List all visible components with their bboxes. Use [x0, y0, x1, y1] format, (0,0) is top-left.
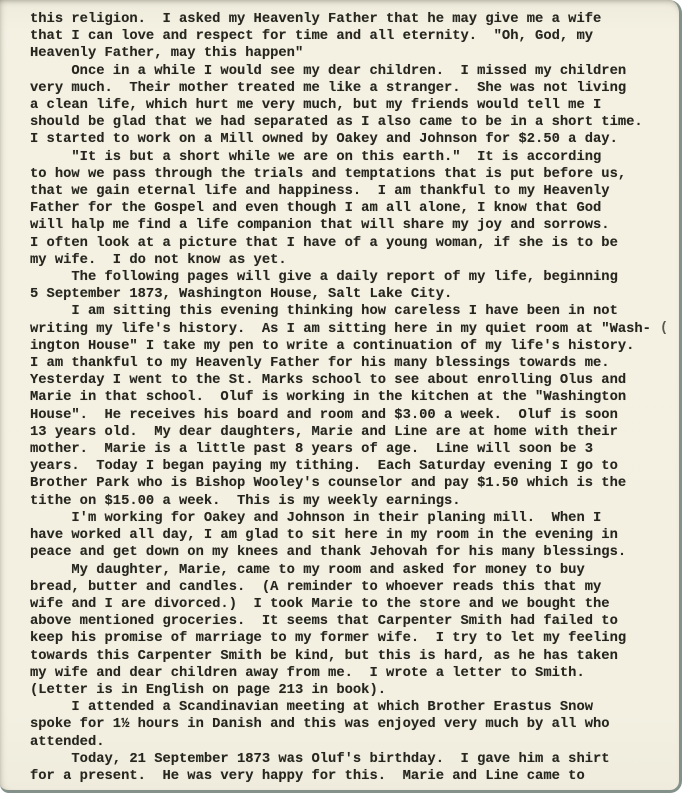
text-line: ington House" I take my pen to write a c…: [30, 338, 651, 355]
text-line: 5 September 1873, Washington House, Salt…: [30, 286, 651, 303]
text-line: towards this Carpenter Smith be kind, bu…: [30, 648, 651, 665]
text-line: keep his promise of marriage to my forme…: [30, 630, 651, 647]
text-line: attended.: [30, 734, 651, 751]
text-line: Today, 21 September 1873 was Oluf's birt…: [30, 751, 651, 768]
text-line: Heavenly Father, may this happen": [30, 45, 651, 62]
text-line: My daughter, Marie, came to my room and …: [30, 562, 651, 579]
text-line: this religion. I asked my Heavenly Fathe…: [30, 11, 651, 28]
text-line: Brother Park who is Bishop Wooley's coun…: [30, 475, 651, 492]
text-line: I often look at a picture that I have of…: [30, 235, 651, 252]
text-line: Father for the Gospel and even though I …: [30, 200, 651, 217]
text-line: peace and get down on my knees and thank…: [30, 544, 651, 561]
text-line: have worked all day, I am glad to sit he…: [30, 527, 651, 544]
text-line: my wife and dear children away from me. …: [30, 665, 651, 682]
text-line: to how we pass through the trials and te…: [30, 166, 651, 183]
text-line: I started to work on a Mill owned by Oak…: [30, 131, 651, 148]
text-line: my wife. I do not know as yet.: [30, 252, 651, 269]
text-line: will halp me find a life companion that …: [30, 217, 651, 234]
text-line: Once in a while I would see my dear chil…: [30, 63, 651, 80]
text-line: above mentioned groceries. It seems that…: [30, 613, 651, 630]
text-line: writing my life's history. As I am sitti…: [30, 321, 651, 338]
scan-viewport: this religion. I asked my Heavenly Fathe…: [0, 0, 684, 800]
text-line: years. Today I began paying my tithing. …: [30, 458, 651, 475]
text-line: for a present. He was very happy for thi…: [30, 768, 651, 785]
text-line: I am thankful to my Heavenly Father for …: [30, 355, 651, 372]
text-line: a clean life, which hurt me very much, b…: [30, 97, 651, 114]
typewritten-text-block: this religion. I asked my Heavenly Fathe…: [30, 11, 651, 785]
text-line: Yesterday I went to the St. Marks school…: [30, 372, 651, 389]
text-line: "It is but a short while we are on this …: [30, 149, 651, 166]
text-line: very much. Their mother treated me like …: [30, 80, 651, 97]
text-line: I am sitting this evening thinking how c…: [30, 303, 651, 320]
text-line: 13 years old. My dear daughters, Marie a…: [30, 424, 651, 441]
text-line: The following pages will give a daily re…: [30, 269, 651, 286]
scanned-diary-page: this religion. I asked my Heavenly Fathe…: [0, 0, 682, 793]
text-line: Marie in that school. Oluf is working in…: [30, 389, 651, 406]
text-line: that I can love and respect for time and…: [30, 28, 651, 45]
text-line: House". He receives his board and room a…: [30, 407, 651, 424]
stray-typewriter-mark: (: [660, 321, 668, 336]
text-line: (Letter is in English on page 213 in boo…: [30, 682, 651, 699]
text-line: I attended a Scandinavian meeting at whi…: [30, 699, 651, 716]
text-line: mother. Marie is a little past 8 years o…: [30, 441, 651, 458]
text-line: wife and I are divorced.) I took Marie t…: [30, 596, 651, 613]
text-line: should be glad that we had separated as …: [30, 114, 651, 131]
text-line: spoke for 1½ hours in Danish and this wa…: [30, 716, 651, 733]
text-line: that we gain eternal life and happiness.…: [30, 183, 651, 200]
text-line: I'm working for Oakey and Johnson in the…: [30, 510, 651, 527]
text-line: bread, butter and candles. (A reminder t…: [30, 579, 651, 596]
text-line: tithe on $15.00 a week. This is my weekl…: [30, 493, 651, 510]
